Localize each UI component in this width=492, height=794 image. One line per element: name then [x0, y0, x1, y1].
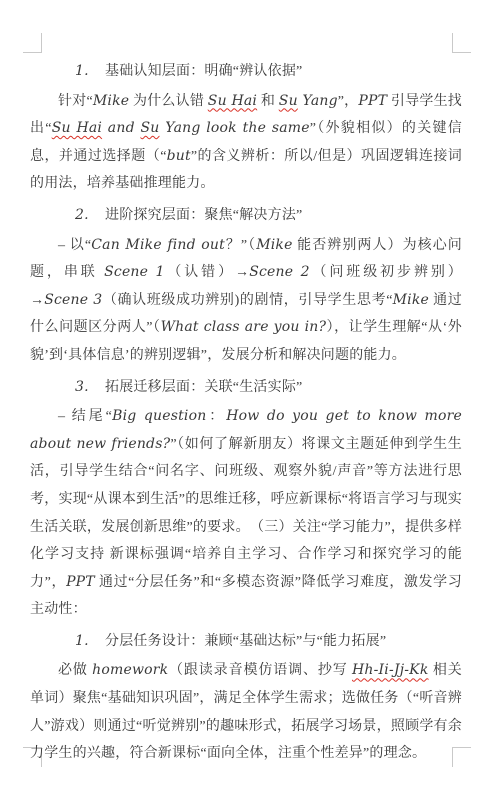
- text-run: Mike: [393, 292, 429, 308]
- text-run: Scene 3: [44, 292, 102, 308]
- text-run: 基础认知层面：明确“辨认依据”: [105, 64, 302, 79]
- text-run: but: [167, 148, 191, 164]
- text-run: homework: [92, 662, 168, 678]
- text-run: （确认班级成功辨别)的剧情，引导学生思考“: [102, 293, 392, 308]
- text-run: 必做: [58, 663, 92, 678]
- text-run: PPT: [66, 574, 95, 590]
- text-run: 为什么认错: [129, 94, 208, 109]
- heading-line: 1.基础认知层面：明确“辨认依据”: [30, 58, 462, 86]
- text-run: What class are you in?: [161, 319, 327, 335]
- heading-line: 2.进阶探究层面：聚焦“解决方法”: [30, 202, 462, 230]
- list-number: 1.: [75, 58, 105, 86]
- text-run: 通过“分层任务”和“多模态资源”降低学习难度，激发学习主动性：: [30, 575, 462, 618]
- text-run: Scene 1: [104, 264, 165, 280]
- misspelled-word: Hh-Ii-Jj-Kk: [352, 662, 429, 678]
- text-run: Big question: [112, 408, 206, 424]
- text-run: 和: [257, 94, 279, 109]
- paragraph: – 结尾“Big question：How do you get to know…: [30, 403, 462, 624]
- misspelled-word: Su: [279, 93, 298, 109]
- text-run: （跟读录音模仿语调、抄写: [168, 663, 352, 678]
- list-number: 3.: [75, 374, 105, 402]
- text-run: 分层任务设计：兼顾“基础达标”与“能力拓展”: [105, 634, 386, 649]
- document-page: 1.基础认知层面：明确“辨认依据”针对“Mike 为什么认错 Su Hai 和 …: [0, 0, 492, 794]
- paragraph: – 以“Can Mike find out？”（Mike 能否辨别两人）为核心问…: [30, 232, 462, 370]
- text-run: Yang: [298, 93, 338, 109]
- paragraph: 针对“Mike 为什么认错 Su Hai 和 Su Yang”，PPT 引导学生…: [30, 88, 462, 198]
- heading-line: 3.拓展迁移层面：关联“生活实际”: [30, 374, 462, 402]
- text-run: Can Mike find out: [91, 237, 225, 253]
- text-run: Scene 2: [249, 264, 310, 280]
- list-number: 2.: [75, 202, 105, 230]
- misspelled-word: Su Hai: [52, 120, 102, 136]
- text-run: – 结尾“: [58, 409, 112, 424]
- text-run: 针对“: [58, 94, 93, 109]
- misspelled-word: Su Hai: [208, 93, 257, 109]
- text-run: ：: [206, 409, 226, 424]
- crop-mark-top-left-icon: [23, 33, 42, 53]
- text-run: and: [102, 120, 140, 136]
- text-run: 拓展迁移层面：关联“生活实际”: [105, 380, 302, 395]
- misspelled-word: Su: [140, 120, 159, 136]
- text-run: PPT: [358, 93, 387, 109]
- text-run: （认错）→: [165, 265, 250, 280]
- text-run: ”，: [338, 94, 359, 109]
- heading-line: 1.分层任务设计：兼顾“基础达标”与“能力拓展”: [30, 628, 462, 656]
- document-body: 1.基础认知层面：明确“辨认依据”针对“Mike 为什么认错 Su Hai 和 …: [30, 54, 462, 768]
- text-run: – 以“: [58, 238, 91, 253]
- text-run: Mike: [256, 237, 292, 253]
- text-run: 进阶探究层面：聚焦“解决方法”: [105, 208, 302, 223]
- text-run: Mike: [93, 93, 129, 109]
- text-run: Yang look the same: [159, 120, 309, 136]
- paragraph: 必做 homework（跟读录音模仿语调、抄写 Hh-Ii-Jj-Kk 相关单词…: [30, 657, 462, 767]
- text-run: ”（如何了解新朋友）将课文主题延伸到学生生活，引导学生结合“问名字、问班级、观察…: [30, 437, 462, 590]
- crop-mark-top-right-icon: [452, 33, 471, 53]
- text-run: ？”（: [225, 238, 256, 253]
- list-number: 1.: [75, 628, 105, 656]
